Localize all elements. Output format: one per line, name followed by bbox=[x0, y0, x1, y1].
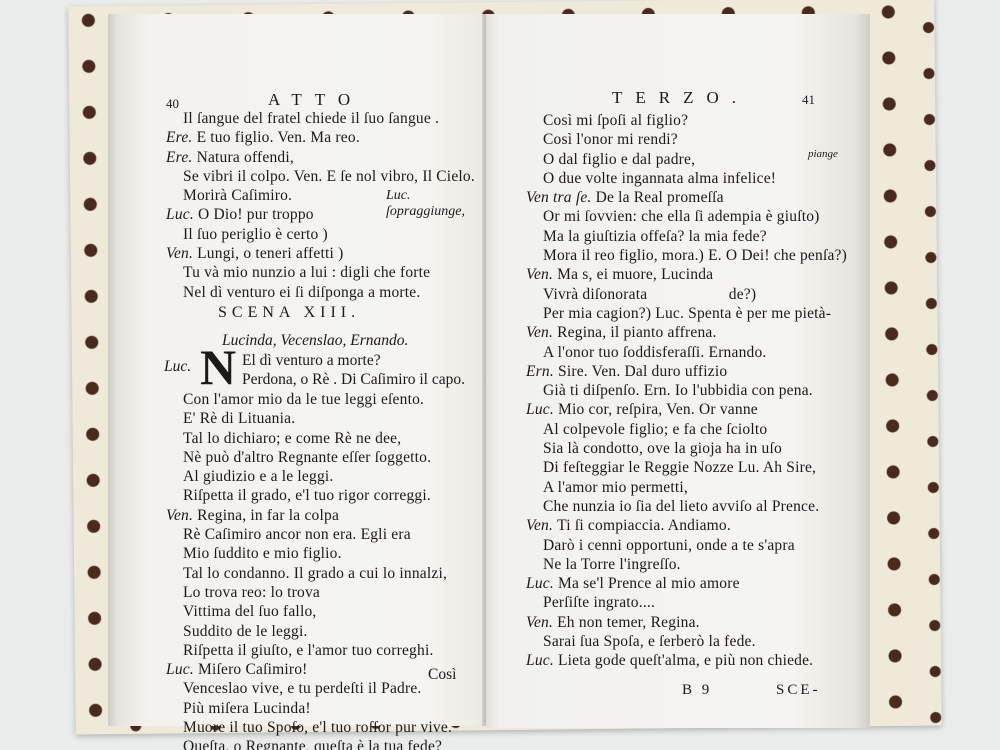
line-text: Tu và mio nunzio a lui : digli che forte bbox=[183, 264, 430, 281]
text-line: Or mi ſovvien: che ella ſi adempia è giu… bbox=[526, 207, 847, 226]
text-line: Ern. Sire. Ven. Dal duro uffizio bbox=[526, 362, 847, 381]
line-text: Miſero Caſimiro! bbox=[198, 661, 308, 678]
text-line: A l'onor tuo ſoddisferaſſi. Ernando. bbox=[526, 343, 847, 362]
text-line: Ven. Ma s, ei muore, Lucinda bbox=[526, 265, 847, 284]
line-text: Il ſangue del fratel chiede il ſuo ſangu… bbox=[183, 110, 439, 127]
line-text: Riſpetta il grado, e'l tuo rigor corregg… bbox=[183, 487, 431, 504]
line-text: Lieta gode queſt'alma, e più non chiede. bbox=[558, 652, 813, 669]
line-text: Nel dì venturo ei ſi diſponga a morte. bbox=[183, 284, 420, 301]
text-block-bottom: Con l'amor mio da le tue leggi eſento.E'… bbox=[166, 390, 452, 750]
text-line: Sia là condotto, ove la gioja ha in uſo bbox=[526, 439, 847, 458]
line-text: Riſpetta il giuſto, e l'amor tuo corregh… bbox=[183, 642, 434, 659]
text-line: Rè Caſimiro ancor non era. Egli era bbox=[166, 525, 452, 544]
line-text: E' Rè di Lituania. bbox=[183, 410, 295, 427]
text-line: Luc. Mio cor, reſpira, Ven. Or vanne bbox=[526, 400, 847, 419]
line-text: De la Real promeſſa bbox=[596, 189, 724, 206]
text-line: Luc. Ma se'l Prence al mio amore bbox=[526, 574, 847, 593]
line-text: Nè può d'altro Regnante eſſer ſoggetto. bbox=[183, 449, 431, 466]
right-page: TERZO. 41 piange Così mi ſpoſi al figlio… bbox=[486, 14, 870, 728]
line-text: Mora il reo figlio, mora.) E. O Dei! che… bbox=[543, 247, 847, 264]
line-text: O due volte ingannata alma infelice! bbox=[543, 170, 776, 187]
text-line: Tal lo dichiaro; e come Rè ne dee, bbox=[166, 429, 452, 448]
text-line: Lo trova reo: lo trova bbox=[166, 583, 452, 602]
line-text: Già ti diſpenſo. Ern. Io l'ubbidia con p… bbox=[543, 382, 813, 399]
text-line: Già ti diſpenſo. Ern. Io l'ubbidia con p… bbox=[526, 381, 847, 400]
text-line: Venceslao vive, e tu perdeſti il Padre. bbox=[166, 679, 452, 698]
text-line: Darò i cenni opportuni, onde a te s'apra bbox=[526, 536, 847, 555]
text-line: Luc. Miſero Caſimiro! bbox=[166, 660, 452, 679]
line-text: Il ſuo periglio è certo ) bbox=[183, 226, 328, 243]
page-number-right: 41 bbox=[802, 92, 815, 108]
line-text: Al colpevole figlio; e fa che ſciolto bbox=[543, 421, 767, 438]
speaker-label: Luc. bbox=[526, 575, 558, 592]
scene-persons: Lucinda, Vecenslao, Ernando. bbox=[222, 332, 408, 350]
line-text: Così l'onor mi rendi? bbox=[543, 131, 678, 148]
text-line: A l'amor mio permetti, bbox=[526, 478, 847, 497]
line-text: Con l'amor mio da le tue leggi eſento. bbox=[183, 391, 424, 408]
signature-mark: B 9 bbox=[682, 682, 712, 699]
speaker-label: Luc. bbox=[166, 206, 198, 223]
text-line: Ven. Regina, il pianto affrena. bbox=[526, 323, 847, 342]
line-text: Lo trova reo: lo trova bbox=[183, 584, 320, 601]
line-text: Sia là condotto, ove la gioja ha in uſo bbox=[543, 440, 782, 457]
text-line: Queſta, o Regnante, queſta è la tua fede… bbox=[166, 737, 452, 750]
text-line: Mora il reo figlio, mora.) E. O Dei! che… bbox=[526, 246, 847, 265]
line-text: O dal figlio e dal padre, bbox=[543, 151, 695, 168]
stage-direction: Luc. ſopraggiunge, bbox=[386, 188, 486, 220]
text-line: Sarai ſua Spoſa, e ſerberò la fede. bbox=[526, 632, 847, 651]
speaker-label: Luc. bbox=[526, 652, 558, 669]
text-line: Ven. Ti ſi compiaccia. Andiamo. bbox=[526, 516, 847, 535]
line-text: Più miſera Lucinda! bbox=[183, 700, 311, 717]
line-text: Muore il tuo Spoſo, e'l tuo roſſor pur v… bbox=[183, 719, 452, 736]
line-text: Ma s, ei muore, Lucinda bbox=[557, 266, 713, 283]
line-text: O Dio! pur troppo bbox=[198, 206, 314, 223]
scene-title: SCENA XIII. bbox=[218, 304, 360, 322]
line-text: Per mia cagion?) Luc. Spenta è per me pi… bbox=[543, 305, 831, 322]
text-line: Al colpevole figlio; e fa che ſciolto bbox=[526, 420, 847, 439]
line-text: Perſiſte ingrato.... bbox=[543, 594, 655, 611]
line-text: Or mi ſovvien: che ella ſi adempia è giu… bbox=[543, 208, 820, 225]
line-text: Rè Caſimiro ancor non era. Egli era bbox=[183, 526, 411, 543]
line-text: Mio cor, reſpira, Ven. Or vanne bbox=[558, 401, 758, 418]
text-line: Vittima del ſuo fallo, bbox=[166, 602, 452, 621]
left-page: 40 ATTO Il ſangue del fratel chiede il ſ… bbox=[108, 14, 486, 726]
speaker-label: Ven. bbox=[526, 517, 557, 534]
line-text: E tuo figlio. Ven. Ma reo. bbox=[197, 129, 360, 146]
dropcap-line-2: Perdona, o Rè . Di Caſimiro il capo. bbox=[242, 371, 465, 389]
text-line: Ven. Eh non temer, Regina. bbox=[526, 613, 847, 632]
text-line: Così mi ſpoſi al figlio? bbox=[526, 111, 847, 130]
text-line: Riſpetta il grado, e'l tuo rigor corregg… bbox=[166, 486, 452, 505]
text-line: Riſpetta il giuſto, e l'amor tuo corregh… bbox=[166, 641, 452, 660]
speaker-label: Luc. bbox=[166, 661, 198, 678]
line-text: Sarai ſua Spoſa, e ſerberò la fede. bbox=[543, 633, 756, 650]
line-text: Ne la Torre l'ingreſſo. bbox=[543, 556, 681, 573]
line-text: Al giudizio e a le leggi. bbox=[183, 468, 334, 485]
line-text: Ma la giuſtizia offeſa? la mia fede? bbox=[543, 228, 767, 245]
line-text: Ma se'l Prence al mio amore bbox=[558, 575, 740, 592]
text-line: Nè può d'altro Regnante eſſer ſoggetto. bbox=[166, 448, 452, 467]
line-text: Queſta, o Regnante, queſta è la tua fede… bbox=[183, 738, 442, 750]
line-text: Mio ſuddito e mio figlio. bbox=[183, 545, 342, 562]
line-text: Vittima del ſuo fallo, bbox=[183, 603, 316, 620]
line-text: Sire. Ven. Dal duro uffizio bbox=[558, 363, 727, 380]
speaker-label: Ven. bbox=[526, 324, 557, 341]
speaker-label: Ven. bbox=[526, 614, 557, 631]
text-line: Ven. Lungi, o teneri affetti ) bbox=[166, 244, 475, 263]
text-line: Vivrà diſonorata de?) bbox=[526, 285, 847, 304]
text-line: Così l'onor mi rendi? bbox=[526, 130, 847, 149]
text-line: Muore il tuo Spoſo, e'l tuo roſſor pur v… bbox=[166, 718, 452, 737]
speaker-label: Ven. bbox=[166, 507, 197, 524]
text-line: Il ſangue del fratel chiede il ſuo ſangu… bbox=[166, 109, 475, 128]
line-text: Suddito de le leggi. bbox=[183, 623, 308, 640]
dropcap-speaker: Luc. bbox=[164, 358, 191, 376]
line-text: Natura offendi, bbox=[197, 149, 294, 166]
line-text: Così mi ſpoſi al figlio? bbox=[543, 112, 688, 129]
text-line: Più miſera Lucinda! bbox=[166, 699, 452, 718]
text-line: Ven. Regina, in far la colpa bbox=[166, 506, 452, 525]
line-text: Regina, in far la colpa bbox=[197, 507, 339, 524]
line-text: Che nunzia io ſia del lieto avviſo al Pr… bbox=[543, 498, 819, 515]
line-text: Tal lo condanno. Il grado a cui lo innal… bbox=[183, 565, 447, 582]
line-text: Darò i cenni opportuni, onde a te s'apra bbox=[543, 537, 795, 554]
line-text: Se vibri il colpo. Ven. E ſe nol vibro, … bbox=[183, 168, 475, 185]
speaker-label: Ven tra ſe. bbox=[526, 189, 596, 206]
text-line: Per mia cagion?) Luc. Spenta è per me pi… bbox=[526, 304, 847, 323]
text-line: Di feſteggiar le Reggie Nozze Lu. Ah Sir… bbox=[526, 458, 847, 477]
text-line: Suddito de le leggi. bbox=[166, 622, 452, 641]
line-text: Tal lo dichiaro; e come Rè ne dee, bbox=[183, 430, 401, 447]
line-text: Lungi, o teneri affetti ) bbox=[197, 245, 343, 262]
text-line: Ere. Natura offendi, bbox=[166, 148, 475, 167]
text-line: Tal lo condanno. Il grado a cui lo innal… bbox=[166, 564, 452, 583]
dropcap-letter: N bbox=[200, 342, 236, 392]
speaker-label: Luc. bbox=[526, 401, 558, 418]
line-text: Vivrà diſonorata de?) bbox=[543, 286, 756, 303]
running-head-left: ATTO bbox=[268, 90, 363, 110]
text-line: O dal figlio e dal padre, bbox=[526, 150, 847, 169]
text-line: Ven tra ſe. De la Real promeſſa bbox=[526, 188, 847, 207]
catchword-left: Così bbox=[428, 666, 456, 684]
text-line: Mio ſuddito e mio figlio. bbox=[166, 544, 452, 563]
text-line: Con l'amor mio da le tue leggi eſento. bbox=[166, 390, 452, 409]
text-line: Luc. Lieta gode queſt'alma, e più non ch… bbox=[526, 651, 847, 670]
speaker-label: Ere. bbox=[166, 149, 197, 166]
line-text: A l'amor mio permetti, bbox=[543, 479, 688, 496]
speaker-label: Ern. bbox=[526, 363, 558, 380]
line-text: Di feſteggiar le Reggie Nozze Lu. Ah Sir… bbox=[543, 459, 816, 476]
text-line: Se vibri il colpo. Ven. E ſe nol vibro, … bbox=[166, 167, 475, 186]
text-line: Al giudizio e a le leggi. bbox=[166, 467, 452, 486]
line-text: A l'onor tuo ſoddisferaſſi. Ernando. bbox=[543, 344, 767, 361]
catchword-right: SCE- bbox=[776, 682, 821, 699]
line-text: Venceslao vive, e tu perdeſti il Padre. bbox=[183, 680, 422, 697]
running-head-right: TERZO. bbox=[612, 88, 749, 108]
text-line: Perſiſte ingrato.... bbox=[526, 593, 847, 612]
line-text: Morirà Caſimiro. bbox=[183, 187, 292, 204]
speaker-label: Ven. bbox=[526, 266, 557, 283]
line-text: Ti ſi compiaccia. Andiamo. bbox=[557, 517, 731, 534]
text-line: Che nunzia io ſia del lieto avviſo al Pr… bbox=[526, 497, 847, 516]
speaker-label: Ven. bbox=[166, 245, 197, 262]
text-line: Ne la Torre l'ingreſſo. bbox=[526, 555, 847, 574]
text-line: E' Rè di Lituania. bbox=[166, 409, 452, 428]
text-line: Nel dì venturo ei ſi diſponga a morte. bbox=[166, 283, 475, 302]
text-line: Il ſuo periglio è certo ) bbox=[166, 225, 475, 244]
dropcap-line-1: El dì venturo a morte? bbox=[242, 352, 381, 370]
text-line: Ere. E tuo figlio. Ven. Ma reo. bbox=[166, 128, 475, 147]
line-text: Eh non temer, Regina. bbox=[557, 614, 700, 631]
text-line: O due volte ingannata alma infelice! bbox=[526, 169, 847, 188]
text-line: Tu và mio nunzio a lui : digli che forte bbox=[166, 263, 475, 282]
speaker-label: Ere. bbox=[166, 129, 197, 146]
text-block-right: Così mi ſpoſi al figlio?Così l'onor mi r… bbox=[526, 111, 847, 671]
text-line: Ma la giuſtizia offeſa? la mia fede? bbox=[526, 227, 847, 246]
line-text: Regina, il pianto affrena. bbox=[557, 324, 716, 341]
